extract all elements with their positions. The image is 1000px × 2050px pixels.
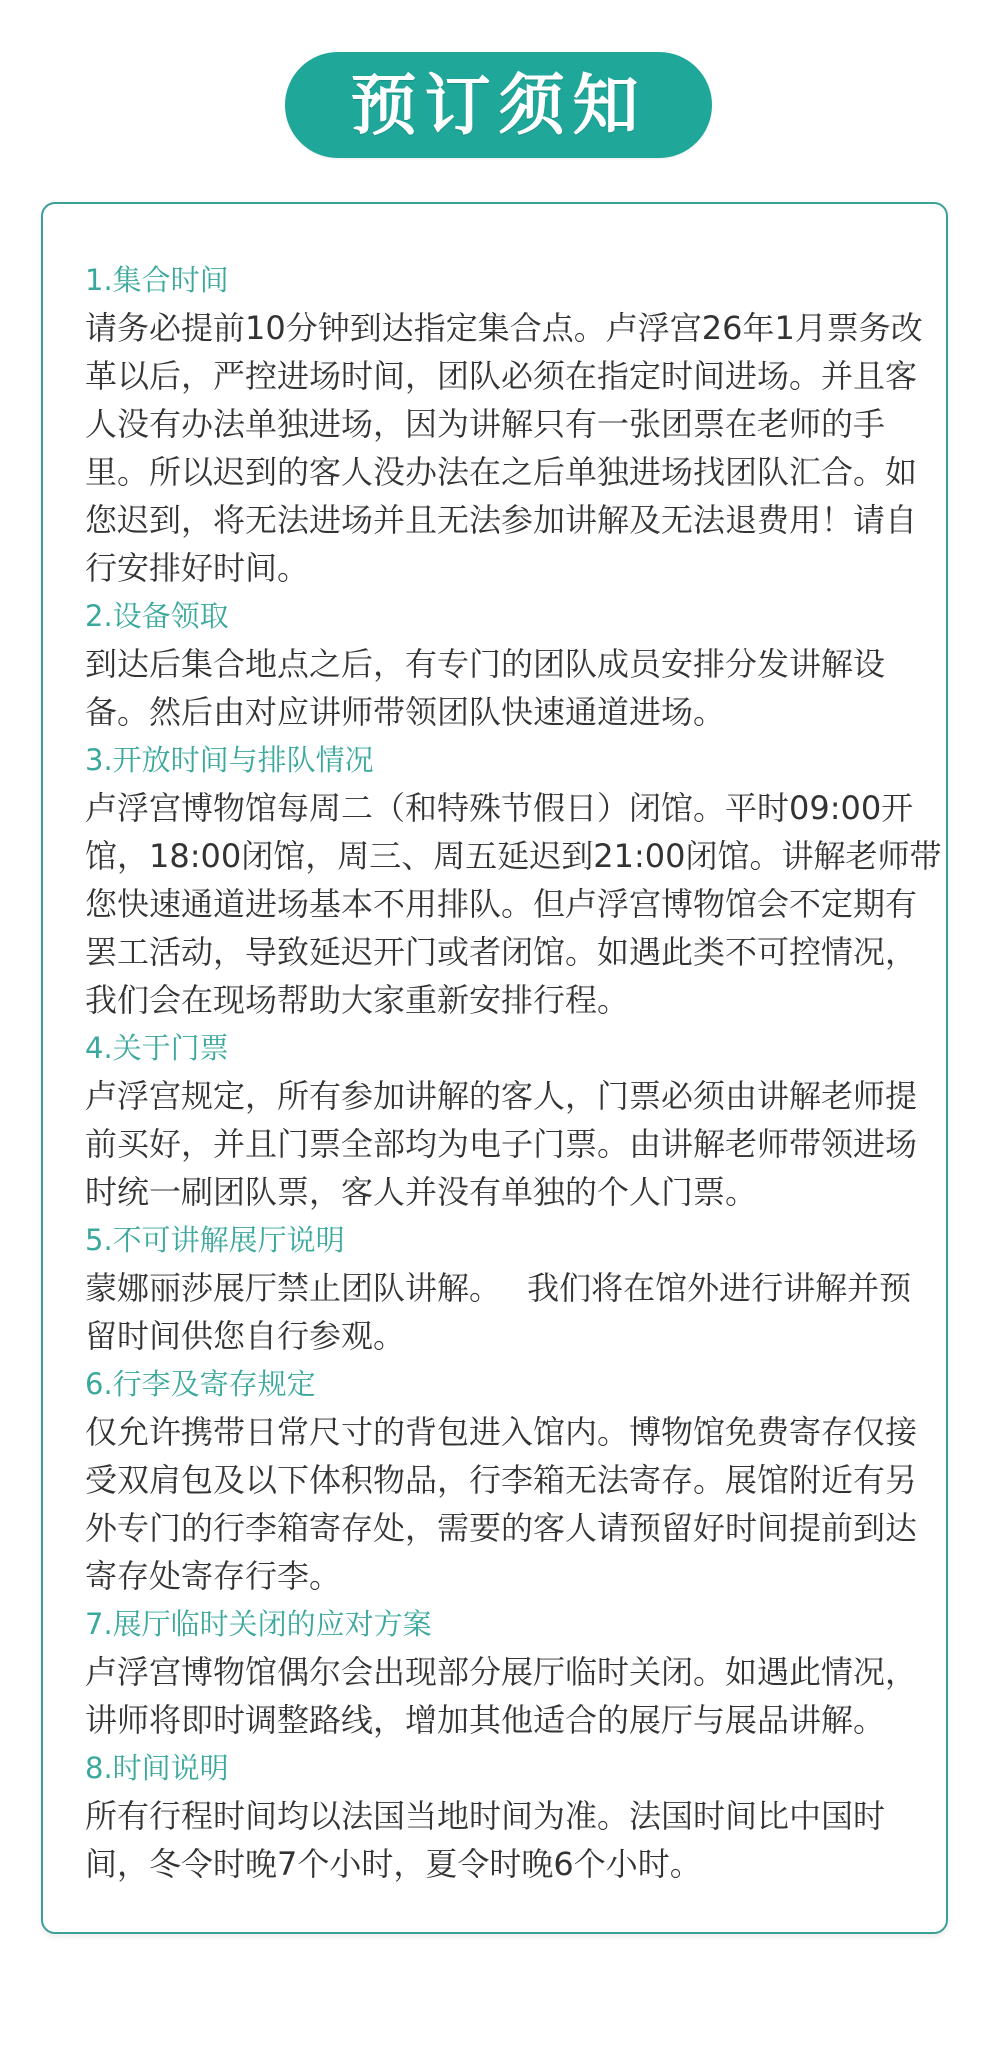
section-text-line: 讲师将即时调整路线，增加其他适合的展厅与展品讲解。 bbox=[85, 1696, 935, 1744]
section-text-line: 您迟到，将无法进场并且无法参加讲解及无法退费用！请自 bbox=[85, 496, 935, 544]
section-text-line: 请务必提前10分钟到达指定集合点。卢浮宫26年1月票务改 bbox=[85, 304, 935, 352]
section-text-line: 蒙娜丽莎展厅禁止团队讲解。 我们将在馆外进行讲解并预 bbox=[85, 1264, 935, 1312]
section-text-line: 外专门的行李箱寄存处，需要的客人请预留好时间提前到达 bbox=[85, 1504, 935, 1552]
section-opening-hours: 3.开放时间与排队情况 卢浮宫博物馆每周二（和特殊节假日）闭馆。平时09:00开… bbox=[85, 736, 935, 1024]
section-text-line: 人没有办法单独进场，因为讲解只有一张团票在老师的手 bbox=[85, 400, 935, 448]
section-heading: 7.展厅临时关闭的应对方案 bbox=[85, 1600, 935, 1648]
section-text-line: 罢工活动，导致延迟开门或者闭馆。如遇此类不可控情况， bbox=[85, 928, 935, 976]
section-text-line: 备。然后由对应讲师带领团队快速通道进场。 bbox=[85, 688, 935, 736]
section-text-line: 时统一刷团队票，客人并没有单独的个人门票。 bbox=[85, 1168, 935, 1216]
section-text-line: 馆，18:00闭馆，周三、周五延迟到21:00闭馆。讲解老师带 bbox=[85, 832, 935, 880]
section-equipment-pickup: 2.设备领取 到达后集合地点之后，有专门的团队成员安排分发讲解设 备。然后由对应… bbox=[85, 592, 935, 736]
section-time-zone: 8.时间说明 所有行程时间均以法国当地时间为准。法国时间比中国时 间，冬令时晚7… bbox=[85, 1744, 935, 1888]
section-text-line: 我们会在现场帮助大家重新安排行程。 bbox=[85, 976, 935, 1024]
section-assembly-time: 1.集合时间 请务必提前10分钟到达指定集合点。卢浮宫26年1月票务改 革以后，… bbox=[85, 256, 935, 592]
section-tickets: 4.关于门票 卢浮宫规定，所有参加讲解的客人，门票必须由讲解老师提 前买好，并且… bbox=[85, 1024, 935, 1216]
notice-box: 1.集合时间 请务必提前10分钟到达指定集合点。卢浮宫26年1月票务改 革以后，… bbox=[41, 202, 948, 1934]
section-luggage-storage: 6.行李及寄存规定 仅允许携带日常尺寸的背包进入馆内。博物馆免费寄存仅接 受双肩… bbox=[85, 1360, 935, 1600]
section-heading: 3.开放时间与排队情况 bbox=[85, 736, 935, 784]
section-heading: 6.行李及寄存规定 bbox=[85, 1360, 935, 1408]
section-heading: 1.集合时间 bbox=[85, 256, 935, 304]
notice-content: 1.集合时间 请务必提前10分钟到达指定集合点。卢浮宫26年1月票务改 革以后，… bbox=[85, 256, 935, 1888]
page-title: 预订须知 bbox=[351, 72, 647, 138]
section-text-line: 受双肩包及以下体积物品，行李箱无法寄存。展馆附近有另 bbox=[85, 1456, 935, 1504]
section-text-line: 仅允许携带日常尺寸的背包进入馆内。博物馆免费寄存仅接 bbox=[85, 1408, 935, 1456]
section-heading: 8.时间说明 bbox=[85, 1744, 935, 1792]
section-text-line: 卢浮宫博物馆每周二（和特殊节假日）闭馆。平时09:00开 bbox=[85, 784, 935, 832]
section-text-line: 间，冬令时晚7个小时，夏令时晚6个小时。 bbox=[85, 1840, 935, 1888]
section-text-line: 前买好，并且门票全部均为电子门票。由讲解老师带领进场 bbox=[85, 1120, 935, 1168]
section-text-line: 卢浮宫规定，所有参加讲解的客人，门票必须由讲解老师提 bbox=[85, 1072, 935, 1120]
section-text-line: 所有行程时间均以法国当地时间为准。法国时间比中国时 bbox=[85, 1792, 935, 1840]
section-text-line: 到达后集合地点之后，有专门的团队成员安排分发讲解设 bbox=[85, 640, 935, 688]
section-heading: 2.设备领取 bbox=[85, 592, 935, 640]
section-text-line: 寄存处寄存行李。 bbox=[85, 1552, 935, 1600]
section-text-line: 您快速通道进场基本不用排队。但卢浮宫博物馆会不定期有 bbox=[85, 880, 935, 928]
section-gallery-closure: 7.展厅临时关闭的应对方案 卢浮宫博物馆偶尔会出现部分展厅临时关闭。如遇此情况，… bbox=[85, 1600, 935, 1744]
section-restricted-galleries: 5.不可讲解展厅说明 蒙娜丽莎展厅禁止团队讲解。 我们将在馆外进行讲解并预 留时… bbox=[85, 1216, 935, 1360]
section-text-line: 革以后，严控进场时间，团队必须在指定时间进场。并且客 bbox=[85, 352, 935, 400]
section-text-line: 行安排好时间。 bbox=[85, 544, 935, 592]
section-heading: 4.关于门票 bbox=[85, 1024, 935, 1072]
section-heading: 5.不可讲解展厅说明 bbox=[85, 1216, 935, 1264]
section-text-line: 留时间供您自行参观。 bbox=[85, 1312, 935, 1360]
section-text-line: 里。所以迟到的客人没办法在之后单独进场找团队汇合。如 bbox=[85, 448, 935, 496]
section-text-line: 卢浮宫博物馆偶尔会出现部分展厅临时关闭。如遇此情况， bbox=[85, 1648, 935, 1696]
title-banner: 预订须知 bbox=[285, 52, 712, 158]
